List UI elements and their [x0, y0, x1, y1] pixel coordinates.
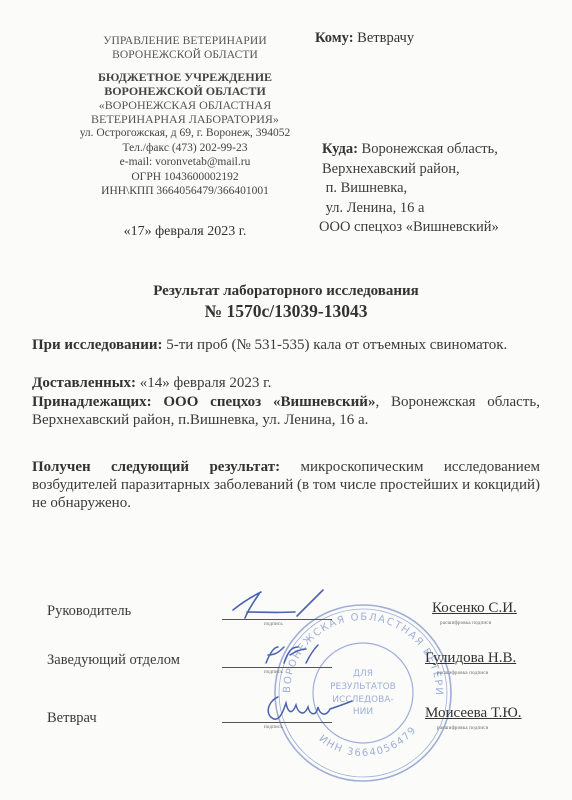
delivered-paragraph: Доставленных: «14» февраля 2023 г. [32, 374, 540, 392]
document-title: Результат лабораторного исследования № 1… [0, 282, 572, 322]
signature-role: Заведующий отделом [47, 652, 180, 669]
sender-email: e-mail: voronvetab@mail.ru [60, 155, 310, 170]
result-label: Получен следующий результат: [32, 459, 280, 475]
to-value: Ветврачу [357, 30, 414, 46]
recipient-to: Кому: Ветврачу [315, 30, 414, 47]
agency-line: ВОРОНЕЖСКОЙ ОБЛАСТИ [60, 48, 310, 62]
name-caption: расшифровка подписи [437, 671, 489, 676]
recipient-address: Куда: Воронежская область, Верхнехавский… [322, 140, 499, 238]
where-label: Куда: [322, 141, 358, 157]
address-line: ООО спецхоз «Вишневский» [319, 218, 499, 238]
sender-ogrn: ОГРН 1043600002192 [60, 170, 310, 185]
signer-name: Косенко С.И. [432, 600, 517, 617]
institution-name: «ВОРОНЕЖСКАЯ ОБЛАСТНАЯ [60, 98, 310, 112]
result-paragraph: Получен следующий результат: микроскопич… [32, 458, 540, 512]
signer-name: Гулидова Н.В. [425, 650, 516, 667]
signature-kosenko-icon [225, 588, 335, 624]
sender-phone: Тел./факс (473) 202-99-23 [60, 141, 310, 156]
institution-region: ВОРОНЕЖСКОЙ ОБЛАСТИ [60, 84, 310, 98]
agency-line: УПРАВЛЕНИЕ ВЕТЕРИНАРИИ [60, 34, 310, 48]
report-number: № 1570с/13039-13043 [0, 300, 572, 322]
signer-name: Моисеева Т.Ю. [425, 705, 522, 722]
document-date: «17» февраля 2023 г. [60, 224, 310, 240]
institution-name: ВЕТЕРИНАРНАЯ ЛАБОРАТОРИЯ» [60, 112, 310, 126]
address-line: Верхнехавский район, [322, 160, 499, 180]
stamp-bottom-text: ИНН 3664056479 [317, 724, 420, 759]
signature-moiseeva-icon [262, 693, 357, 723]
sender-block: УПРАВЛЕНИЕ ВЕТЕРИНАРИИ ВОРОНЕЖСКОЙ ОБЛАС… [60, 34, 310, 240]
to-label: Кому: [315, 30, 354, 46]
address-line: ул. Ленина, 16 а [322, 199, 499, 219]
research-value: 5-ти проб (№ 531-535) кала от отъемных с… [162, 337, 507, 353]
signature-caption: подпись [264, 670, 283, 675]
delivered-label: Доставленных: [32, 375, 136, 391]
address-line: Воронежская область, [362, 141, 498, 157]
research-label: При исследовании: [32, 337, 162, 353]
stamp-center-line: ДЛЯ [353, 669, 373, 679]
name-caption: расшифровка подписи [437, 726, 489, 731]
signature-role: Ветврач [47, 710, 97, 727]
signature-caption: подпись [264, 725, 283, 730]
name-caption: расшифровка подписи [440, 621, 492, 626]
delivered-value: «14» февраля 2023 г. [136, 375, 271, 391]
research-paragraph: При исследовании: 5-ти проб (№ 531-535) … [32, 336, 540, 354]
address-line: п. Вишневка, [322, 179, 499, 199]
institution-type: БЮДЖЕТНОЕ УЧРЕЖДЕНИЕ [60, 70, 310, 84]
signature-role: Руководитель [47, 603, 131, 620]
svg-text:ИНН 3664056479: ИНН 3664056479 [317, 724, 420, 759]
sender-inn-kpp: ИНН\КПП 3664056479/366401001 [60, 184, 310, 199]
owner-label: Принадлежащих: ООО спецхоз «Вишневский» [32, 394, 375, 410]
stamp-center-line: РЕЗУЛЬТАТОВ [330, 682, 396, 692]
title-line: Результат лабораторного исследования [0, 282, 572, 300]
sender-address: ул. Острогожская, д 69, г. Воронеж, 3940… [60, 126, 310, 141]
owner-paragraph: Принадлежащих: ООО спецхоз «Вишневский»,… [32, 393, 540, 429]
signature-gulidova-icon [262, 643, 322, 669]
